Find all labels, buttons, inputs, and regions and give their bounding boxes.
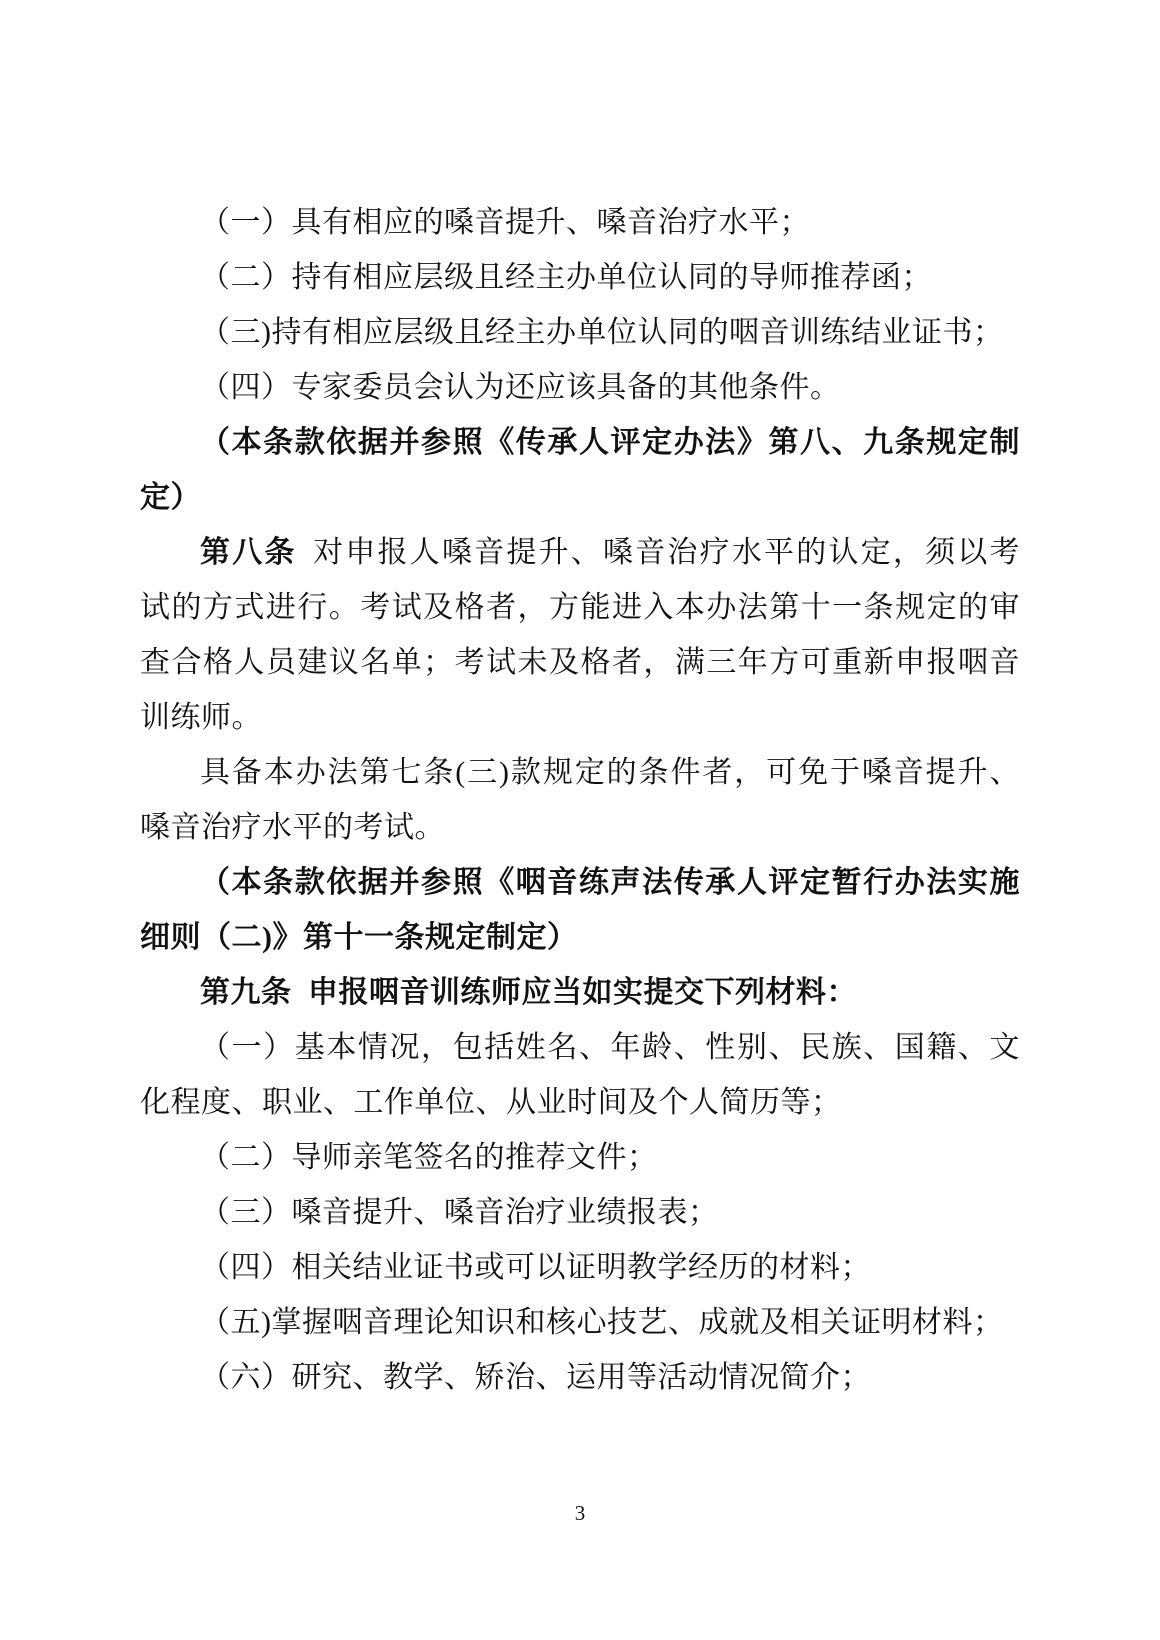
text-line-item-3: （三)持有相应层级且经主办单位认同的咽音训练结业证书； <box>140 305 1020 360</box>
text-line-article-8-cont2: 查合格人员建议名单；考试未及格者，满三年方可重新申报咽音 <box>140 635 1020 690</box>
article-8-label: 第八条 <box>200 536 297 569</box>
text-line-item-4: （四）专家委员会认为还应该具备的其他条件。 <box>140 360 1020 415</box>
text-line-item-2: （二）持有相应层级且经主办单位认同的导师推荐函； <box>140 250 1020 305</box>
text-line-citation-2-cont: 细则（二)》第十一条规定制定） <box>140 910 1020 965</box>
document-body: （一）具有相应的嗓音提升、嗓音治疗水平； （二）持有相应层级且经主办单位认同的导… <box>0 0 1160 1405</box>
text-line-article-8-cont1: 试的方式进行。考试及格者，方能进入本办法第十一条规定的审 <box>140 580 1020 635</box>
page-number: 3 <box>0 1498 1160 1528</box>
text-line-material-5: （五)掌握咽音理论知识和核心技艺、成就及相关证明材料； <box>140 1295 1020 1350</box>
text-line-material-2: （二）导师亲笔签名的推荐文件； <box>140 1130 1020 1185</box>
text-line-citation-2: （本条款依据并参照《咽音练声法传承人评定暂行办法实施 <box>140 855 1020 910</box>
document-page: （一）具有相应的嗓音提升、嗓音治疗水平； （二）持有相应层级且经主办单位认同的导… <box>0 0 1160 1640</box>
text-line-exemption-cont: 嗓音治疗水平的考试。 <box>140 800 1020 855</box>
article-9-label: 第九条 <box>200 976 292 1009</box>
text-line-citation-1-cont: 定） <box>140 470 1020 525</box>
text-line-material-4: （四）相关结业证书或可以证明教学经历的材料； <box>140 1240 1020 1295</box>
text-line-item-1: （一）具有相应的嗓音提升、嗓音治疗水平； <box>140 195 1020 250</box>
text-line-material-6: （六）研究、教学、矫治、运用等活动情况简介； <box>140 1350 1020 1405</box>
article-9-text: 申报咽音训练师应当如实提交下列材料： <box>308 976 857 1009</box>
text-line-article-9: 第九条申报咽音训练师应当如实提交下列材料： <box>140 965 1020 1020</box>
text-line-article-8: 第八条对申报人嗓音提升、嗓音治疗水平的认定，须以考 <box>140 525 1020 580</box>
text-line-material-1: （一）基本情况，包括姓名、年龄、性别、民族、国籍、文 <box>140 1020 1020 1075</box>
text-line-citation-1: （本条款依据并参照《传承人评定办法》第八、九条规定制 <box>140 415 1020 470</box>
text-line-material-3: （三）嗓音提升、嗓音治疗业绩报表； <box>140 1185 1020 1240</box>
text-line-material-1-cont: 化程度、职业、工作单位、从业时间及个人简历等； <box>140 1075 1020 1130</box>
text-line-article-8-cont3: 训练师。 <box>140 690 1020 745</box>
text-line-exemption: 具备本办法第七条(三)款规定的条件者，可免于嗓音提升、 <box>140 745 1020 800</box>
article-8-text: 对申报人嗓音提升、嗓音治疗水平的认定，须以考 <box>313 536 1020 569</box>
